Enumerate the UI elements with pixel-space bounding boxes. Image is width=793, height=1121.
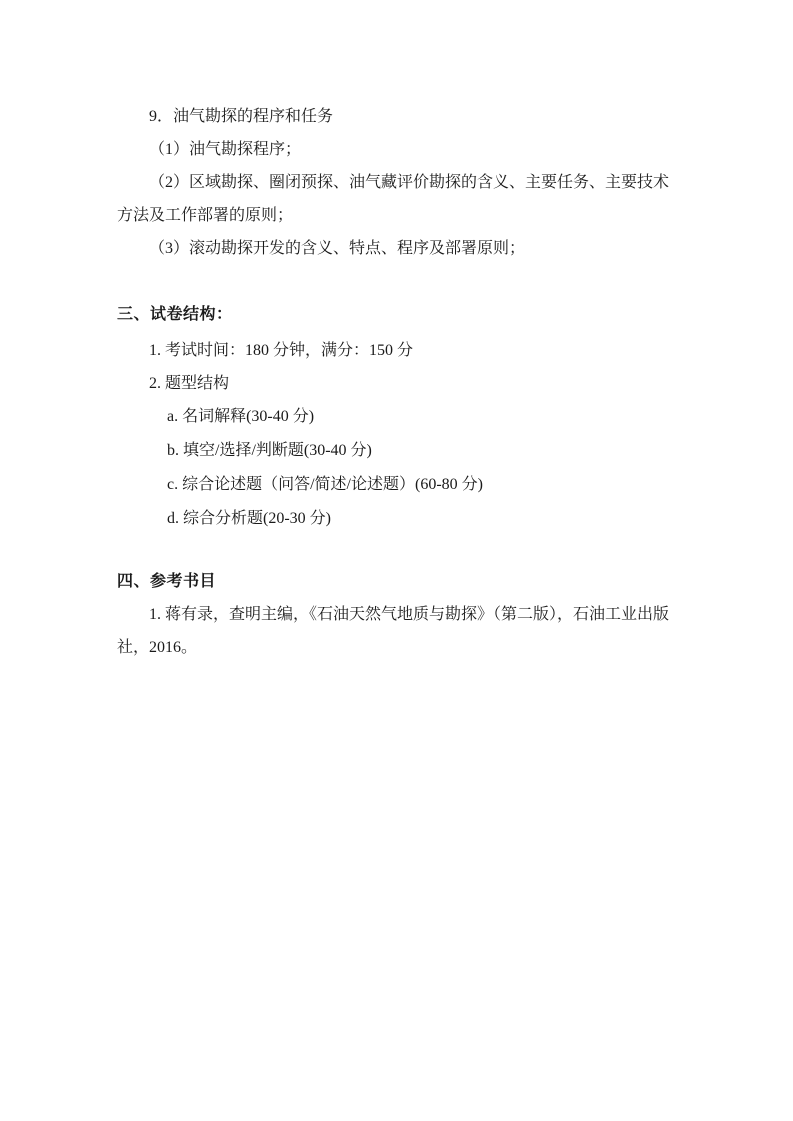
section-spacer — [117, 536, 677, 565]
section4-heading: 四、参考书目 — [117, 565, 677, 598]
section3-item2c: c. 综合论述题（问答/简述/论述题）(60-80 分) — [117, 468, 677, 502]
outline-item-9-sub2-line2: 方法及工作部署的原则； — [117, 199, 677, 232]
outline-item-9-sub3: （3）滚动勘探开发的含义、特点、程序及部署原则； — [117, 232, 677, 265]
section3-item1: 1. 考试时间：180 分钟，满分：150 分 — [117, 334, 677, 367]
outline-item-9-sub1: （1）油气勘探程序； — [117, 133, 677, 166]
section3-heading: 三、试卷结构： — [117, 298, 677, 331]
section3-item2b: b. 填空/选择/判断题(30-40 分) — [117, 434, 677, 468]
section3-item2a: a. 名词解释(30-40 分) — [117, 400, 677, 434]
outline-item-9-title: 9．油气勘探的程序和任务 — [117, 100, 677, 133]
section4-ref1-line2: 社，2016。 — [117, 631, 677, 664]
section4-ref1-line1: 1. 蒋有录，查明主编，《石油天然气地质与勘探》（第二版），石油工业出版 — [117, 598, 677, 631]
section3-item2d: d. 综合分析题(20-30 分) — [117, 502, 677, 536]
section-spacer — [117, 265, 677, 298]
document-page: 9．油气勘探的程序和任务 （1）油气勘探程序； （2）区域勘探、圈闭预探、油气藏… — [0, 0, 793, 1121]
outline-item-9-sub2-line1: （2）区域勘探、圈闭预探、油气藏评价勘探的含义、主要任务、主要技术 — [117, 166, 677, 199]
section3-item2: 2. 题型结构 — [117, 367, 677, 400]
